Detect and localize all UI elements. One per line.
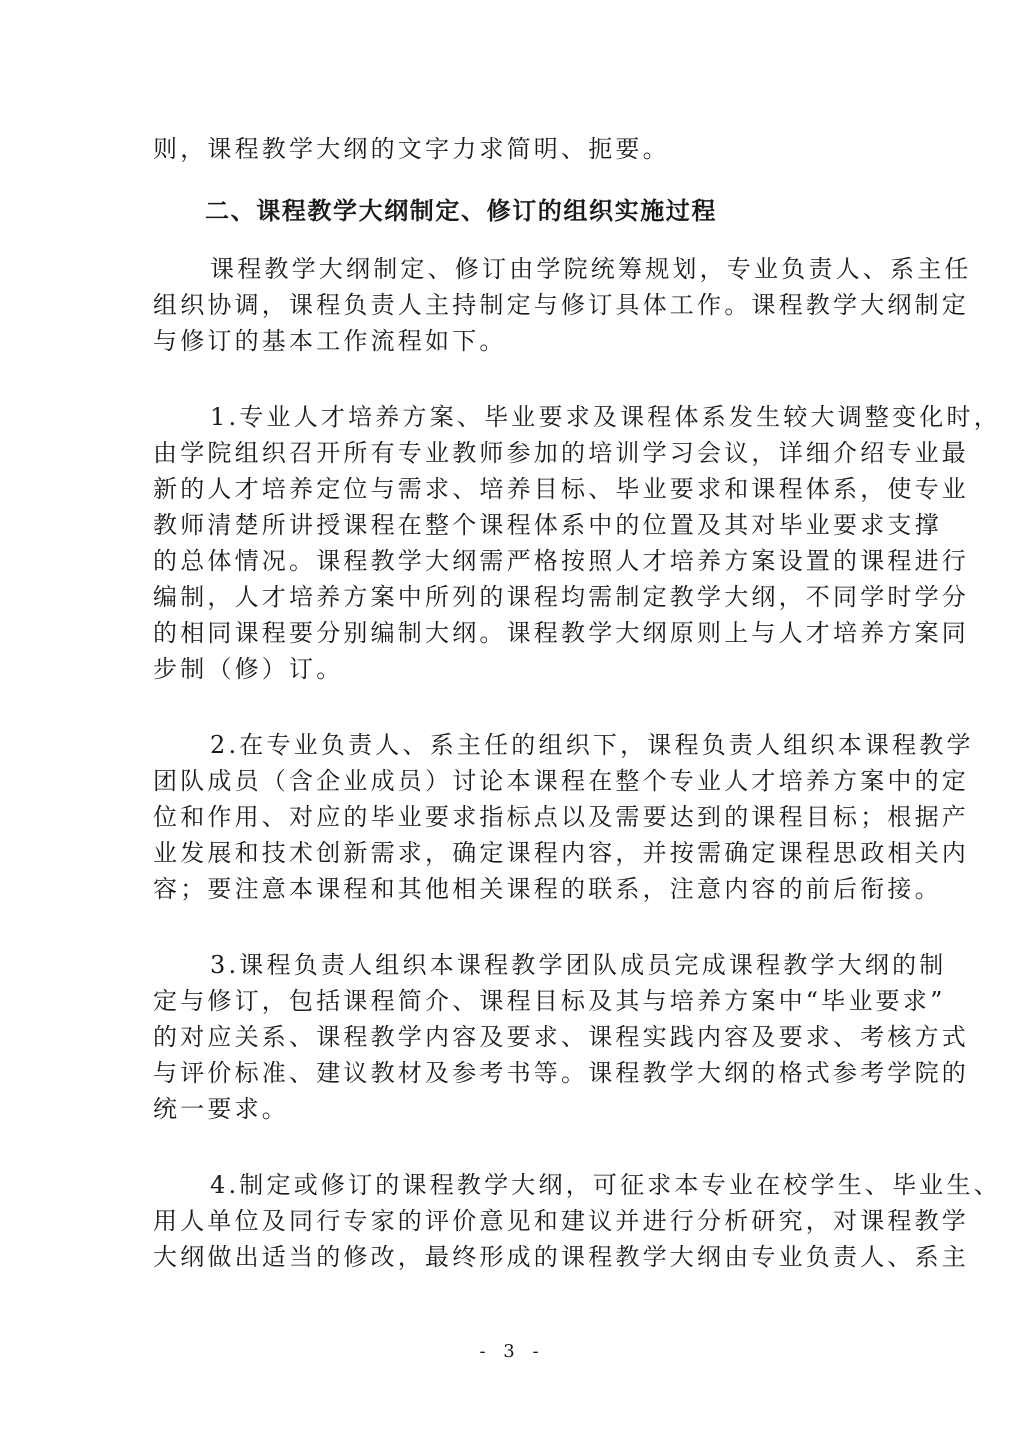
paragraph-line: 用人单位及同行专家的评价意见和建议并进行分析研究，对课程教学 xyxy=(153,1206,873,1236)
section-heading: 二、课程教学大纲制定、修订的组织实施过程 xyxy=(205,196,717,226)
paragraph-line: 1.专业人才培养方案、毕业要求及课程体系发生较大调整变化时， xyxy=(210,402,873,432)
paragraph-line: 新的人才培养定位与需求、培养目标、毕业要求和课程体系，使专业 xyxy=(153,474,873,504)
page-number: - 3 - xyxy=(0,1340,1024,1364)
document-page: 则，课程教学大纲的文字力求简明、扼要。 二、课程教学大纲制定、修订的组织实施过程… xyxy=(0,0,1024,1448)
paragraph-line: 2.在专业负责人、系主任的组织下，课程负责人组织本课程教学 xyxy=(210,730,873,760)
paragraph-line: 的总体情况。课程教学大纲需严格按照人才培养方案设置的课程进行 xyxy=(153,546,873,576)
paragraph-line: 课程教学大纲制定、修订由学院统筹规划，专业负责人、系主任 xyxy=(210,254,873,284)
paragraph-line: 定与修订，包括课程简介、课程目标及其与培养方案中“毕业要求” xyxy=(153,986,873,1016)
paragraph-line: 大纲做出适当的修改，最终形成的课程教学大纲由专业负责人、系主 xyxy=(153,1242,873,1272)
paragraph-line: 业发展和技术创新需求，确定课程内容，并按需确定课程思政相关内 xyxy=(153,838,873,868)
paragraph-line: 的相同课程要分别编制大纲。课程教学大纲原则上与人才培养方案同 xyxy=(153,618,873,648)
paragraph-line: 位和作用、对应的毕业要求指标点以及需要达到的课程目标；根据产 xyxy=(153,802,873,832)
paragraph-line: 教师清楚所讲授课程在整个课程体系中的位置及其对毕业要求支撑 xyxy=(153,510,873,540)
paragraph-line: 3.课程负责人组织本课程教学团队成员完成课程教学大纲的制 xyxy=(210,950,873,980)
paragraph-line: 由学院组织召开所有专业教师参加的培训学习会议，详细介绍专业最 xyxy=(153,438,873,468)
paragraph-line: 编制，人才培养方案中所列的课程均需制定教学大纲，不同学时学分 xyxy=(153,582,873,612)
paragraph-line: 组织协调，课程负责人主持制定与修订具体工作。课程教学大纲制定 xyxy=(153,290,873,320)
paragraph-line: 4.制定或修订的课程教学大纲，可征求本专业在校学生、毕业生、 xyxy=(210,1170,873,1200)
paragraph-line: 步制（修）订。 xyxy=(153,654,873,684)
paragraph-line: 与评价标准、建议教材及参考书等。课程教学大纲的格式参考学院的 xyxy=(153,1058,873,1088)
paragraph-line: 的对应关系、课程教学内容及要求、课程实践内容及要求、考核方式 xyxy=(153,1022,873,1052)
paragraph-line: 容；要注意本课程和其他相关课程的联系，注意内容的前后衔接。 xyxy=(153,874,873,904)
paragraph-line: 团队成员（含企业成员）讨论本课程在整个专业人才培养方案中的定 xyxy=(153,766,873,796)
continuation-text: 则，课程教学大纲的文字力求简明、扼要。 xyxy=(153,134,873,164)
paragraph-line: 与修订的基本工作流程如下。 xyxy=(153,326,873,356)
paragraph-line: 统一要求。 xyxy=(153,1094,873,1124)
